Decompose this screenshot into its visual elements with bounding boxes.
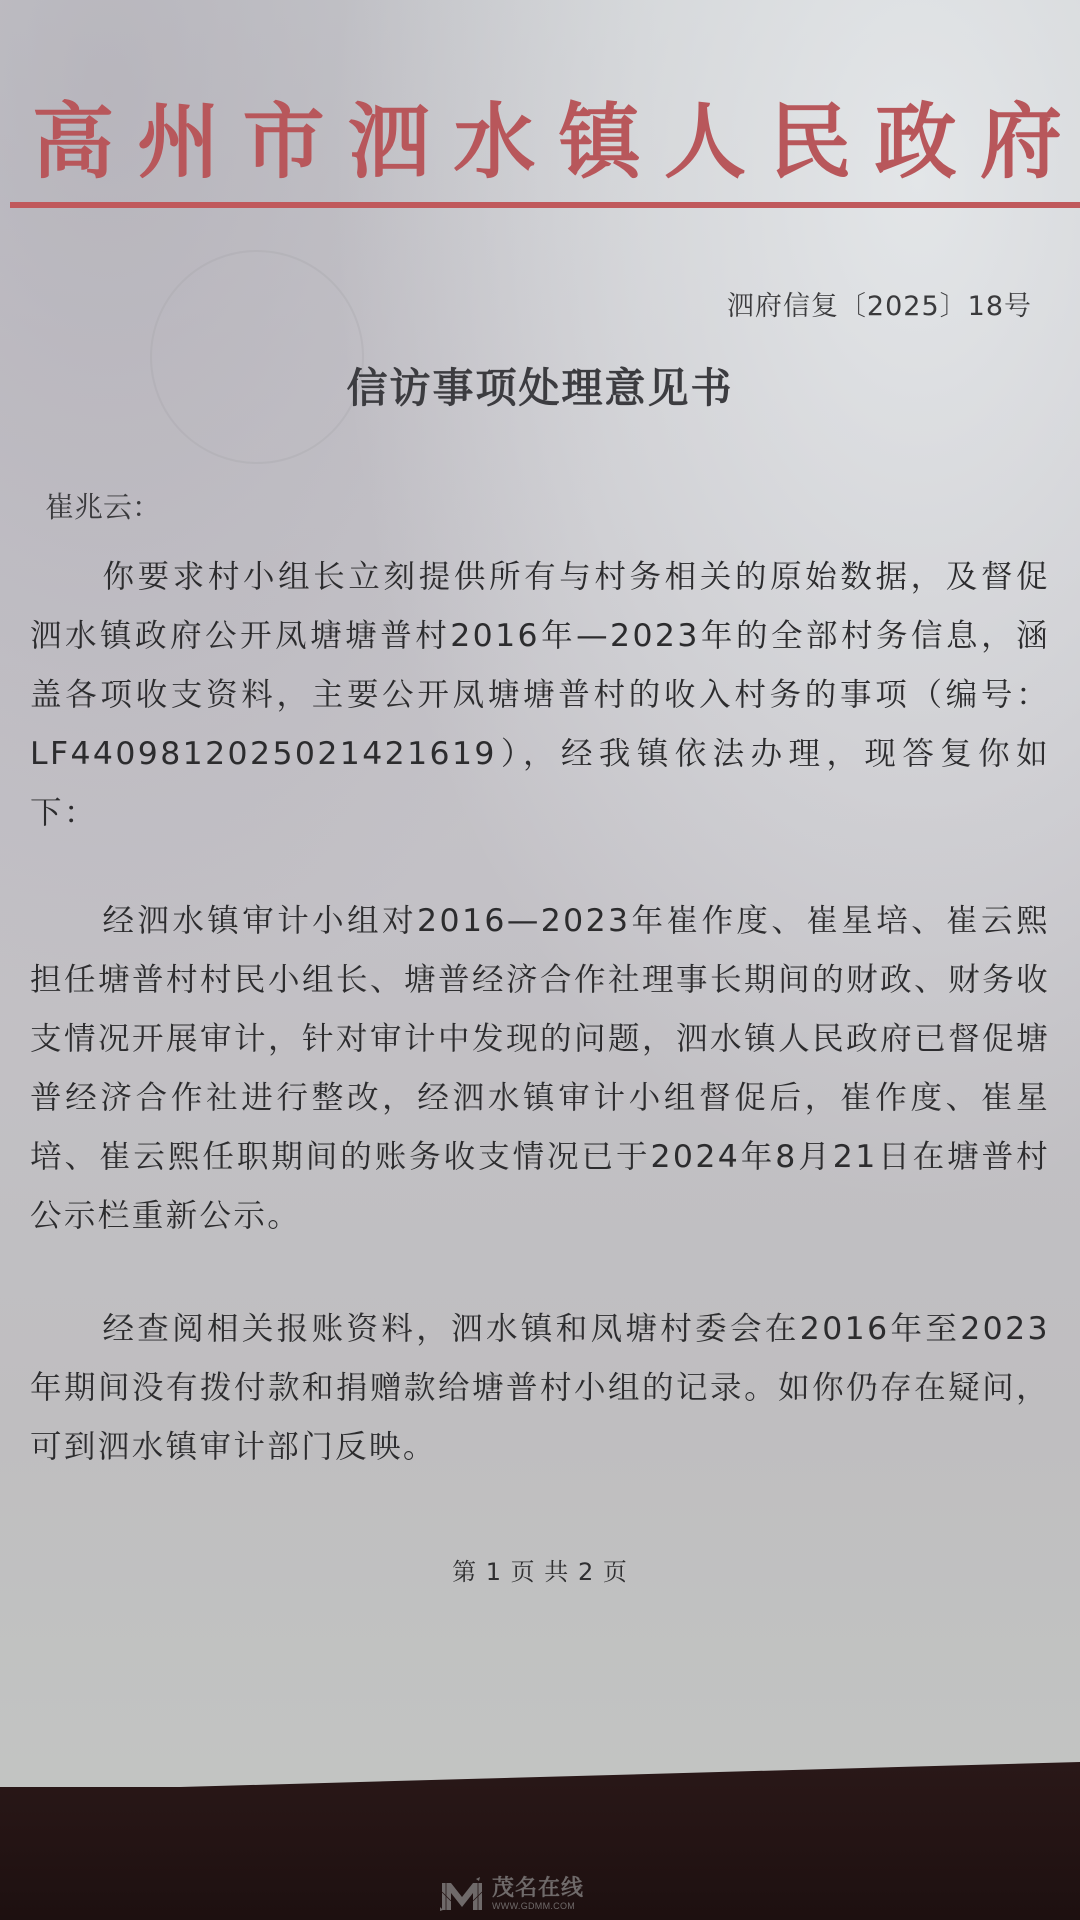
document-page: 高 州 市 泗 水 镇 人 民 政 府 泗府信复〔2025〕18号 信访事项处理…	[0, 0, 1080, 1787]
letterhead-char: 高	[32, 92, 114, 192]
page-number-footer: 第 1 页 共 2 页	[0, 1552, 1080, 1587]
letterhead-char: 州	[137, 92, 219, 192]
salutation: 崔兆云：	[45, 485, 161, 526]
letterhead-char: 政	[875, 92, 957, 192]
watermark-name: 茂名在线	[492, 1878, 584, 1900]
letterhead-char: 人	[664, 92, 746, 192]
body-paragraph-3: 经查阅相关报账资料，泗水镇和凤塘村委会在2016年至2023年期间没有拨付款和捐…	[30, 1300, 1050, 1477]
letterhead-char: 泗	[348, 92, 430, 192]
site-watermark: 茂名在线 WWW.GDMM.COM	[440, 1874, 660, 1914]
document-title: 信访事项处理意见书	[0, 355, 1080, 414]
document-number: 泗府信复〔2025〕18号	[727, 284, 1032, 323]
letterhead: 高 州 市 泗 水 镇 人 民 政 府	[0, 92, 1080, 192]
letterhead-divider	[10, 202, 1080, 208]
letterhead-char: 水	[453, 92, 535, 192]
letterhead-char: 民	[769, 92, 851, 192]
body-paragraph-1: 你要求村小组长立刻提供所有与村务相关的原始数据，及督促泗水镇政府公开凤塘塘普村2…	[30, 548, 1050, 843]
letterhead-char: 府	[980, 92, 1062, 192]
gdmm-m-logo-icon	[440, 1877, 484, 1911]
letterhead-char: 市	[243, 92, 325, 192]
body-paragraph-2: 经泗水镇审计小组对2016—2023年崔作度、崔星培、崔云熙担任塘普村村民小组长…	[30, 892, 1050, 1246]
watermark-url: WWW.GDMM.COM	[492, 1902, 584, 1911]
letterhead-char: 镇	[559, 92, 641, 192]
